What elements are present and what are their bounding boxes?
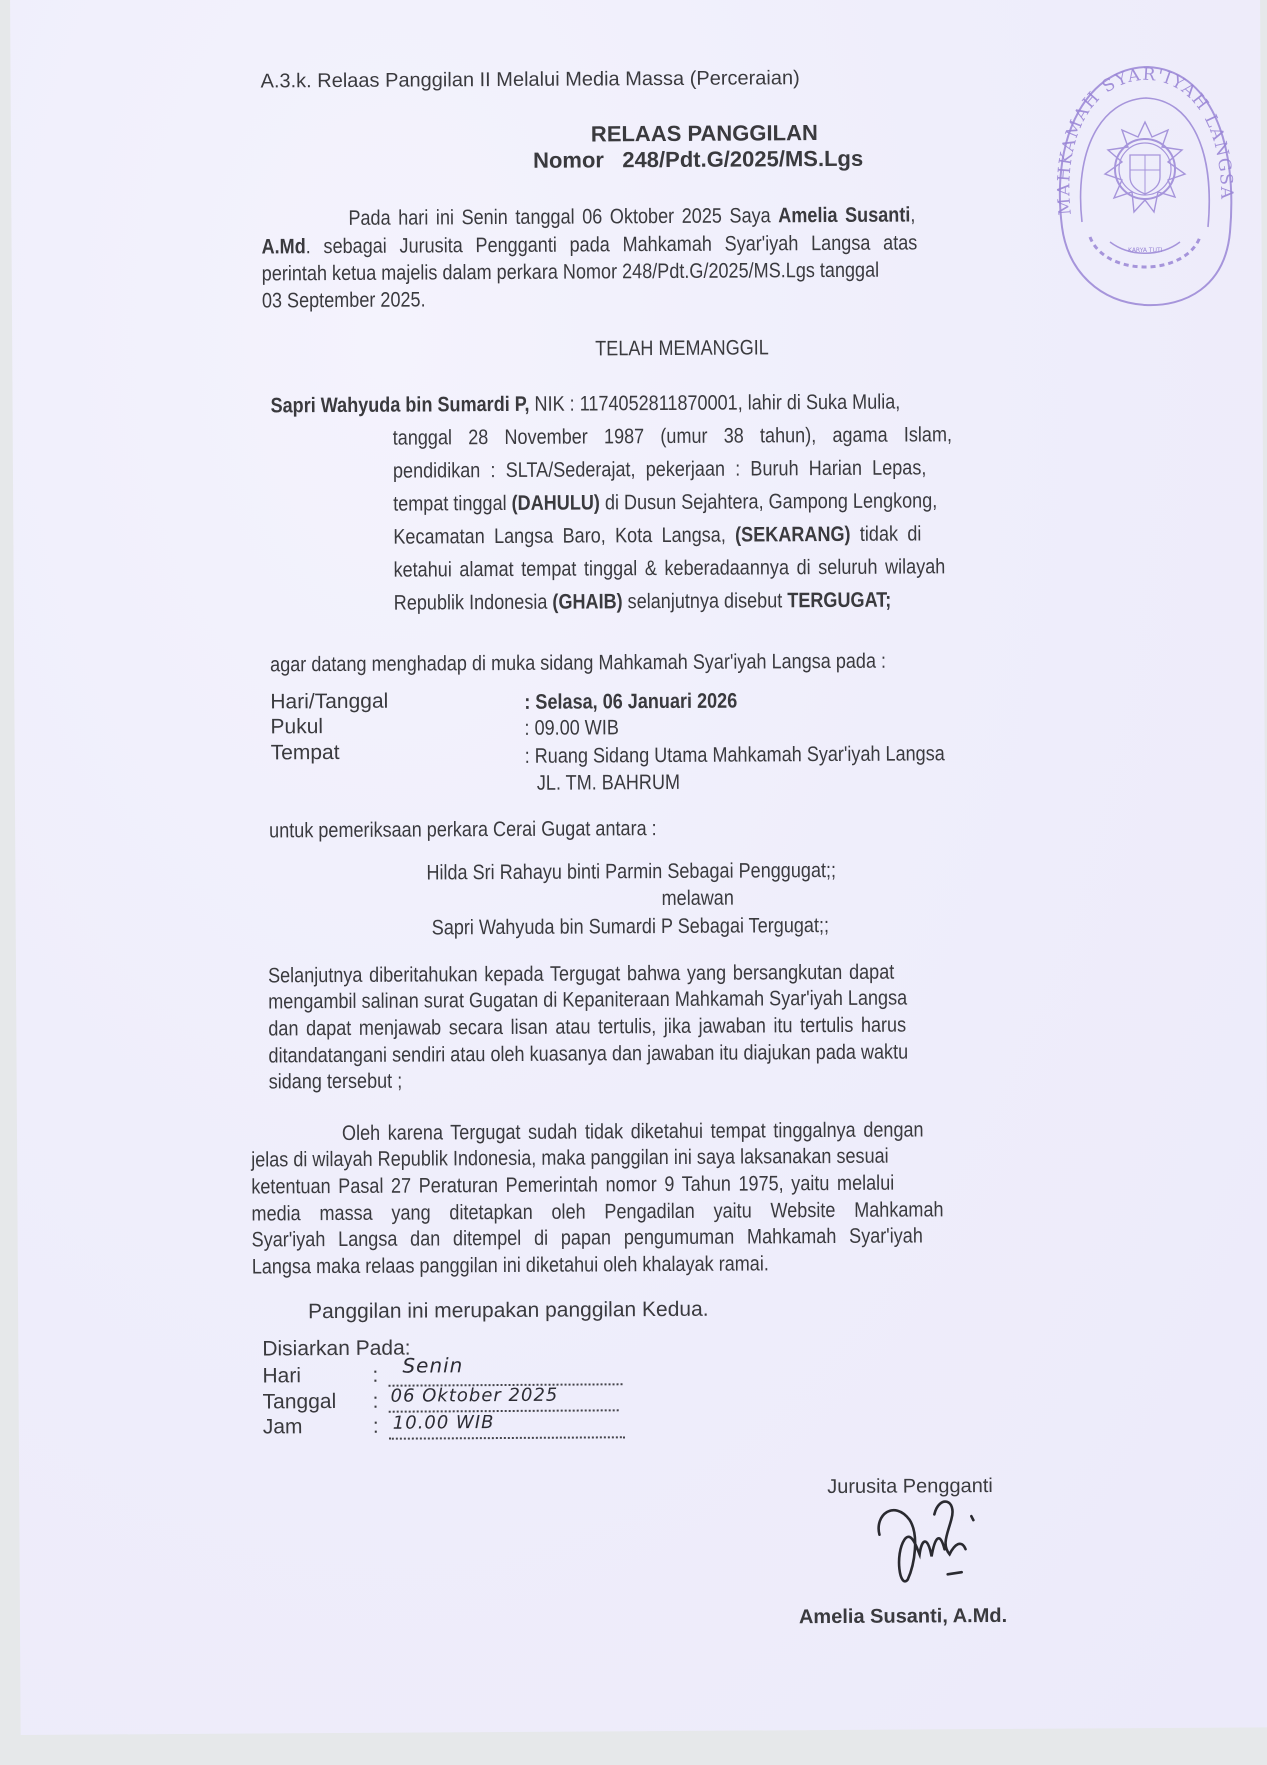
signature-scribble [869,1494,1000,1585]
notice-line-5: sidang tersebut ; [269,1070,424,1092]
broadcast-value-day: Senin [402,1353,463,1377]
case-intro: untuk pemeriksaan perkara Cerai Gugat an… [269,818,720,842]
intro-line-3: perintah ketua majelis dalam perkara Nom… [262,259,980,284]
broadcast-label-date: Tanggal [263,1391,337,1412]
broadcast-label-time: Jam [263,1416,303,1437]
defendant-line-3: pendidikan : SLTA/Sederajat, pekerjaan :… [393,457,1013,482]
defendant-nik: NIK : 1174052811870001, lahir di Suka Mu… [534,391,900,416]
number-label: Nomor [533,147,604,172]
officer-name: Amelia Susanti [778,204,910,228]
defendant-line-2: tanggal 28 November 1987 (umur 38 tahun)… [393,424,1043,449]
status-past: (DAHULU) [512,491,600,515]
hearing-value-place-line2: JL. TM. BAHRUM [537,772,704,794]
versus-line: melawan [661,888,745,910]
broadcast-heading: Disiarkan Pada: [262,1338,410,1360]
defendant-line-1: Sapri Wahyuda bin Sumardi P, NIK : 11740… [270,391,1002,416]
hearing-value-time: : 09.00 WIB [524,717,634,739]
broadcast-colon-time: : [373,1416,379,1437]
reason-line-4: media massa yang ditetapkan oleh Pengadi… [251,1199,1056,1225]
reason-line-6: Langsa maka relaas panggilan ini diketah… [252,1253,853,1278]
document-number: Nomor 248/Pdt.G/2025/MS.Lgs [533,148,863,172]
defendant-line-5: Kecamatan Langsa Baro, Kota Langsa, (SEK… [393,523,1007,548]
broadcast-value-date: 06 Oktober 2025 [391,1385,559,1407]
officer-title: A.Md [262,235,306,258]
notice-line-1: Selanjutnya diberitahukan kepada Terguga… [268,961,996,986]
intro-text: sebagai Jurusita Pengganti pada Mahkamah… [323,231,917,258]
hearing-value-date: : Selasa, 06 Januari 2026 [524,690,772,713]
court-stamp-icon: MAHKAMAH SYAR'IYAH LANGSA KARYA TUTI [1050,62,1235,307]
notice-line-4: ditandatangani sendiri atau oleh kuasany… [268,1041,1012,1067]
section-heading: TELAH MEMANGGIL [595,337,797,359]
tergugat-label: TERGUGAT; [787,589,891,613]
signature-name: Amelia Susanti, A.Md. [799,1606,1007,1627]
hearing-value-place: : Ruang Sidang Utama Mahkamah Syar'iyah … [525,743,1014,767]
summons-intro: agar datang menghadap di muka sidang Mah… [270,650,986,675]
plaintiff-line: Hilda Sri Rahayu binti Parmin Sebagai Pe… [426,860,902,884]
defendant-line-7: Republik Indonesia (GHAIB) selanjutnya d… [394,589,973,614]
reason-line-2: jelas di wilayah Republik Indonesia, mak… [251,1145,992,1171]
defendant-line-4: tempat tinggal (DAHULU) di Dusun Sejahte… [393,490,1026,515]
notice-line-3: dan dapat menjawab secara lisan atau ter… [268,1014,1010,1040]
hearing-label-place: Tempat [271,742,340,763]
defendant-party-line: Sapri Wahyuda bin Sumardi P Sebagai Terg… [432,915,894,939]
hearing-label-time: Pukul [270,716,323,737]
reason-line-3: ketentuan Pasal 27 Peraturan Pemerintah … [251,1172,999,1198]
defendant-line-6: ketahui alamat tempat tinggal & keberada… [393,556,1035,581]
summons-count: Panggilan ini merupakan panggilan Kedua. [308,1299,709,1322]
broadcast-label-day: Hari [262,1365,301,1386]
intro-line-1: Pada hari ini Senin tanggal 06 Oktober 2… [348,203,1148,229]
document-title: RELAAS PANGGILAN [591,122,818,145]
notice-line-2: mengambil salinan surat Gugatan di Kepan… [268,987,1011,1013]
intro-text: Pada hari ini Senin tanggal 06 Oktober 2… [348,204,770,230]
broadcast-colon-date: : [373,1391,379,1412]
defendant-name: Sapri Wahyuda bin Sumardi P, [270,393,529,418]
intro-line-4: 03 September 2025. [262,289,452,311]
intro-line-2: A.Md. sebagai Jurusita Pengganti pada Ma… [262,232,1025,258]
reason-line-1: Oleh karena Tergugat sudah tidak diketah… [342,1119,1018,1144]
svg-text:KARYA TUTI: KARYA TUTI [1128,247,1163,254]
status-ghaib: (GHAIB) [552,590,622,613]
broadcast-value-time: 10.00 WIB [393,1412,495,1434]
hearing-label-date: Hari/Tanggal [270,691,388,713]
form-code: A.3.k. Relaas Panggilan II Melalui Media… [261,68,800,91]
status-present: (SEKARANG) [735,523,851,547]
broadcast-colon-day: : [372,1365,378,1386]
dotted-line-time [389,1436,625,1439]
reason-line-5: Syar'iyah Langsa dan ditempel di papan p… [252,1225,1033,1251]
number-value: 248/Pdt.G/2025/MS.Lgs [622,146,863,172]
